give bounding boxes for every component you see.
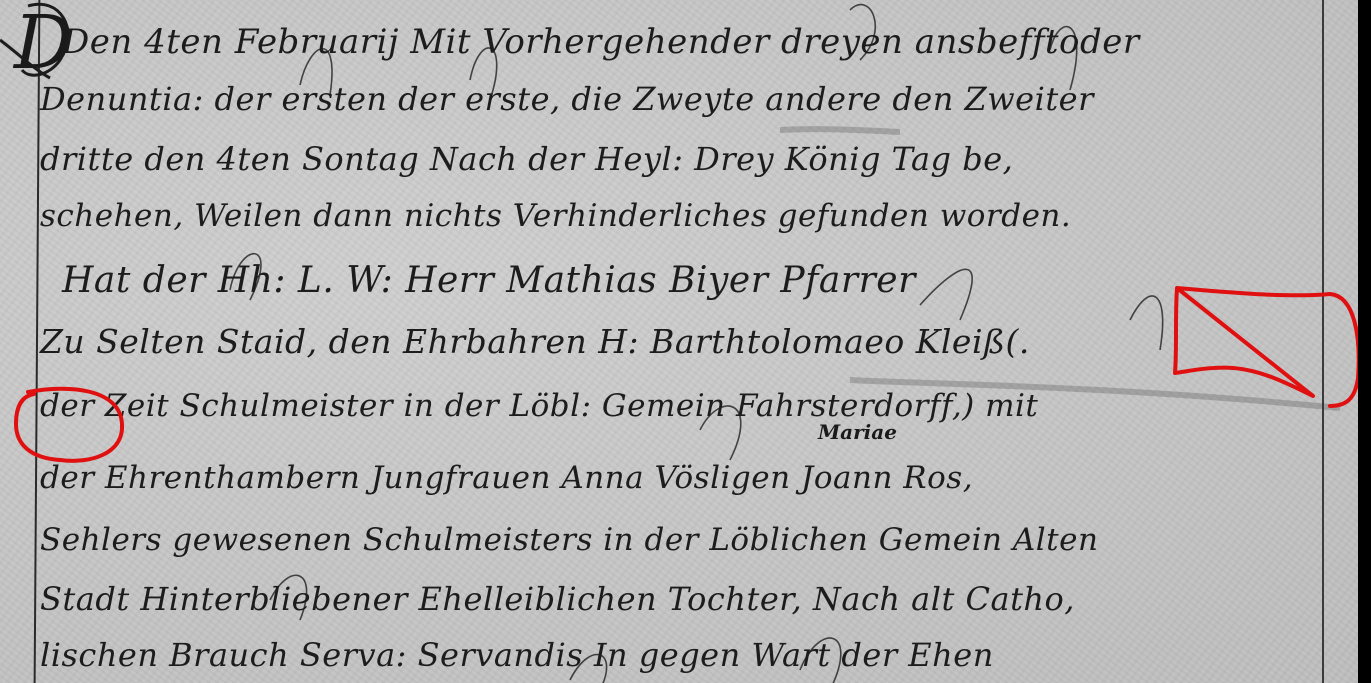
scan-border — [1358, 0, 1371, 683]
manuscript-line-5: Hat der Hh: L. W: Herr Mathias Biyer Pfa… — [62, 260, 916, 301]
manuscript-line-8: der Ehrenthambern Jungfrauen Anna Vöslig… — [40, 460, 973, 496]
right-margin-rule — [1322, 0, 1324, 683]
red-circle-annotation-kleiss — [1165, 278, 1358, 418]
manuscript-line-11: lischen Brauch Serva: Servandis In gegen… — [40, 636, 994, 674]
manuscript-line-10: Stadt Hinterbliebener Ehelleiblichen Toc… — [40, 580, 1075, 618]
manuscript-line-6: Zu Selten Staid, den Ehrbahren H: Bartht… — [40, 322, 1030, 361]
manuscript-line-9: Sehlers gewesenen Schulmeisters in der L… — [40, 522, 1098, 558]
manuscript-page: D Den 4ten Februarij Mit Vorhergehender … — [0, 0, 1358, 683]
manuscript-line-2: Denuntia: der ersten der erste, die Zwey… — [40, 80, 1094, 118]
manuscript-line-4: schehen, Weilen dann nichts Verhinderlic… — [40, 198, 1071, 234]
manuscript-line-1: Den 4ten Februarij Mit Vorhergehender dr… — [62, 22, 1140, 62]
manuscript-line-7: der Zeit Schulmeister in der Löbl: Gemei… — [40, 388, 1038, 424]
interlinear-note: Mariae — [818, 420, 897, 444]
manuscript-line-3: dritte den 4ten Sontag Nach der Heyl: Dr… — [40, 140, 1013, 178]
